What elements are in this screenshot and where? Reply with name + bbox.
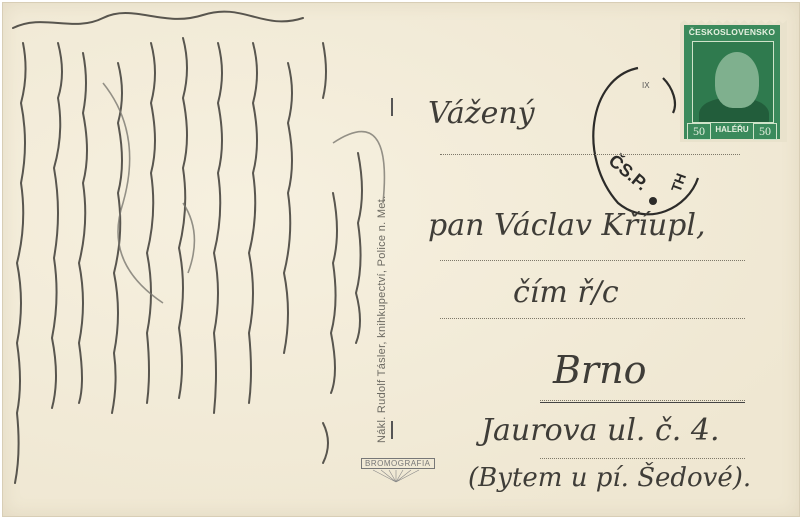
postcard-back: Nákl. Rudolf Tásler, knihkupectví, Polic… (2, 2, 800, 517)
address-line-4-underline (540, 402, 745, 403)
svg-text:IX: IX (642, 81, 650, 90)
publisher-imprint: Nákl. Rudolf Tásler, knihkupectví, Polic… (376, 196, 388, 443)
stamp-currency: HALÉŘU (710, 125, 754, 134)
address-line-4-dotted (540, 400, 745, 401)
handwriting-scribbles (3, 3, 403, 516)
address-title: čím ř/c (513, 275, 619, 310)
address-line-5 (540, 458, 745, 459)
address-salutation: Vážený (428, 96, 535, 131)
address-line-3 (440, 318, 745, 319)
bromografia-logo: BROMOGRAFIA (361, 458, 431, 484)
address-note: (Bytem u pí. Šedové). (468, 463, 751, 493)
stamp-country: ČESKOSLOVENSKO (684, 27, 780, 37)
divider-bottom-dash (391, 421, 393, 439)
address-street: Jaurova ul. č. 4. (481, 413, 720, 448)
address-city: Brno (553, 348, 646, 392)
address-name: pan Václav Kříupl, (428, 208, 706, 243)
postmark-cancel: ČS.P. TH IX (578, 58, 708, 228)
svg-text:TH: TH (668, 171, 689, 194)
portrait-head-icon (715, 52, 759, 108)
address-line-2 (440, 260, 745, 261)
divider-top-dash (391, 98, 393, 116)
stamp-value-right: 50 (753, 123, 777, 140)
postmark-text: ČS.P. (605, 150, 653, 195)
logo-rays-icon (361, 458, 431, 484)
address-line-1 (440, 154, 740, 155)
